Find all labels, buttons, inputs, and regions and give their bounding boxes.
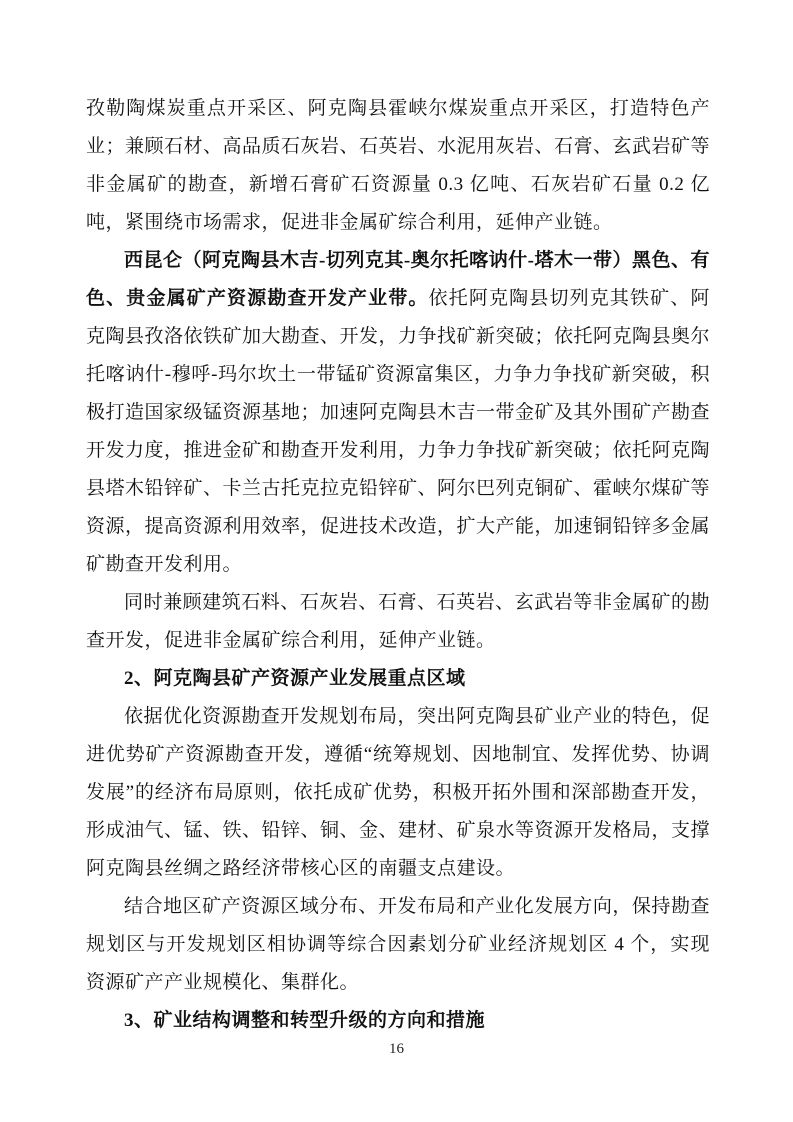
paragraph-text: 结合地区矿产资源区域分布、开发布局和产业化发展方向，保持勘查规划区与开发规划区相… [86,896,710,993]
section-heading-3: 3、矿业结构调整和转型升级的方向和措施 [86,1002,710,1040]
heading-text: 2、阿克陶县矿产资源产业发展重点区域 [124,668,466,689]
paragraph-development-layout: 依据优化资源勘查开发规划布局，突出阿克陶县矿业产业的特色，促进优势矿产资源勘查开… [86,698,710,888]
paragraph-economic-zones: 结合地区矿产资源区域分布、开发布局和产业化发展方向，保持勘查规划区与开发规划区相… [86,888,710,1002]
heading-text: 3、矿业结构调整和转型升级的方向和措施 [124,1010,485,1031]
paragraph-text: 同时兼顾建筑石料、石灰岩、石膏、石英岩、玄武岩等非金属矿的勘查开发，促进非金属矿… [86,592,710,651]
paragraph-coal-nonmetal-continuation: 孜勒陶煤炭重点开采区、阿克陶县霍峡尔煤炭重点开采区，打造特色产业；兼顾石材、高品… [86,90,710,242]
paragraph-text: 孜勒陶煤炭重点开采区、阿克陶县霍峡尔煤炭重点开采区，打造特色产业；兼顾石材、高品… [86,98,710,233]
paragraph-west-kunlun-belt: 西昆仑（阿克陶县木吉-切列克其-奥尔托喀讷什-塔木一带）黑色、有色、贵金属矿产资… [86,242,710,584]
page-number: 16 [0,1038,793,1060]
document-page: 孜勒陶煤炭重点开采区、阿克陶县霍峡尔煤炭重点开采区，打造特色产业；兼顾石材、高品… [0,0,793,1122]
paragraph-text: 依据优化资源勘查开发规划布局，突出阿克陶县矿业产业的特色，促进优势矿产资源勘查开… [86,706,710,879]
paragraph-text: 依托阿克陶县切列克其铁矿、阿克陶县孜洛依铁矿加大勘查、开发，力争找矿新突破；依托… [86,288,710,575]
section-heading-2: 2、阿克陶县矿产资源产业发展重点区域 [86,660,710,698]
document-body: 孜勒陶煤炭重点开采区、阿克陶县霍峡尔煤炭重点开采区，打造特色产业；兼顾石材、高品… [86,90,710,1040]
paragraph-nonmetal-minerals: 同时兼顾建筑石料、石灰岩、石膏、石英岩、玄武岩等非金属矿的勘查开发，促进非金属矿… [86,584,710,660]
